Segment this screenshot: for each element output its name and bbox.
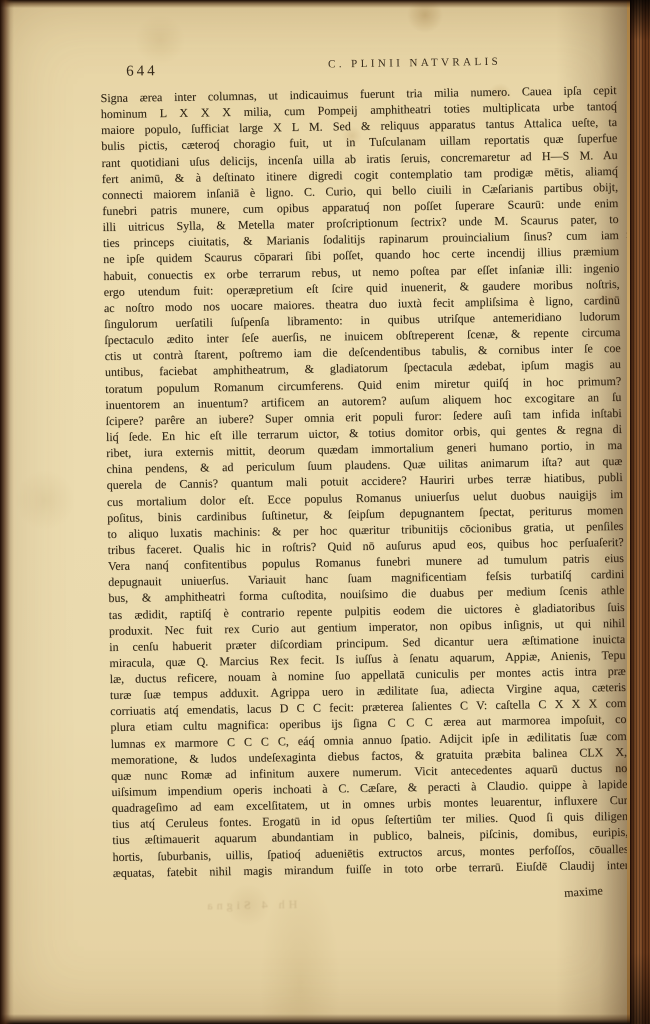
show-through-text: Hh 4 Signa bbox=[145, 896, 355, 914]
catchword: maxime bbox=[564, 883, 604, 901]
page-number: 644 bbox=[126, 63, 158, 80]
scan-edge-bottom bbox=[0, 1014, 650, 1024]
page-content: 644 C. PLINII NATVRALIS Signa ærea inter… bbox=[100, 54, 630, 942]
book-fore-edge bbox=[630, 0, 650, 1024]
scan-edge-top bbox=[0, 0, 650, 8]
book-page-scan: 644 C. PLINII NATVRALIS Signa ærea inter… bbox=[0, 0, 650, 1024]
scan-edge-left bbox=[0, 0, 14, 1024]
running-header: C. PLINII NATVRALIS bbox=[328, 56, 501, 71]
body-text-block: Signa ærea inter columnas, ut indicauimu… bbox=[100, 82, 628, 881]
